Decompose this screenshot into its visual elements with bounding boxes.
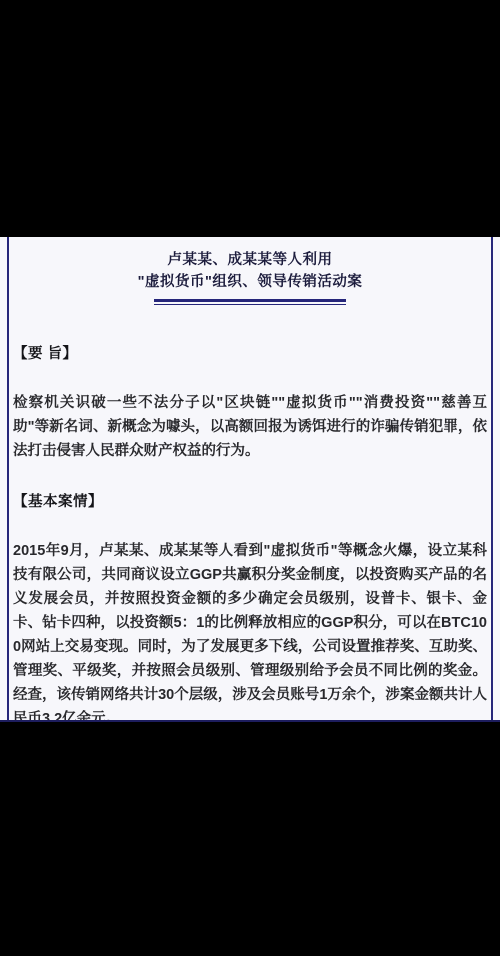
letterbox-bottom [0, 722, 500, 956]
document-page: 卢某某、成某某等人利用 "虚拟货币"组织、领导传销活动案 【要 旨】 检察机关识… [0, 237, 500, 722]
page-left-border [7, 237, 9, 720]
screenshot-stage: 卢某某、成某某等人利用 "虚拟货币"组织、领导传销活动案 【要 旨】 检察机关识… [0, 0, 500, 956]
page-right-border [491, 237, 493, 720]
section-basic-facts-paragraph: 2015年9月，卢某某、成某某等人看到"虚拟货币"等概念火爆，设立某科技有限公司… [13, 539, 487, 722]
letterbox-top [0, 0, 500, 237]
section-heading-basic-facts: 【基本案情】 [13, 493, 487, 511]
title-double-underline [154, 299, 346, 305]
section-summary-paragraph: 检察机关识破一些不法分子以"区块链""虚拟货币""消费投资""慈善互助"等新名词… [13, 391, 487, 463]
document-content: 卢某某、成某某等人利用 "虚拟货币"组织、领导传销活动案 【要 旨】 检察机关识… [0, 237, 500, 722]
case-title-line2: "虚拟货币"组织、领导传销活动案 [13, 271, 487, 293]
section-heading-summary: 【要 旨】 [13, 345, 487, 363]
case-title-line1: 卢某某、成某某等人利用 [13, 249, 487, 271]
case-title: 卢某某、成某某等人利用 "虚拟货币"组织、领导传销活动案 [13, 249, 487, 293]
